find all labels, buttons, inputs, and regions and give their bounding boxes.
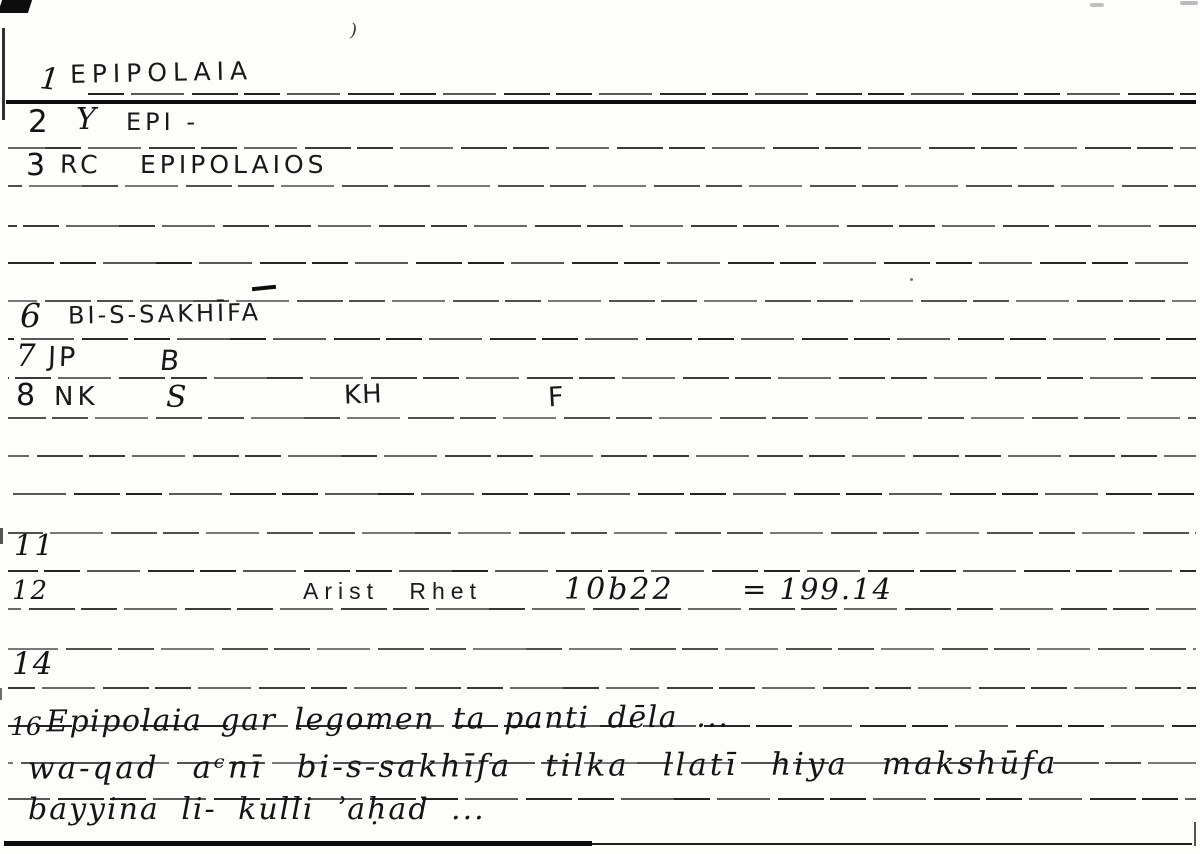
line-number-14: 14 [12, 646, 53, 682]
header-rule [6, 100, 1196, 104]
ruled-line [8, 338, 1196, 340]
row8-col-f: F [547, 382, 564, 414]
ruled-line [8, 185, 1196, 187]
prefix-text: EPI - [126, 108, 199, 136]
bottom-edge-thick [4, 841, 592, 846]
siglum-rc: RC [60, 150, 102, 180]
arabic-note-line-2: bayyina li- kulli ʾaḥad ... [28, 792, 486, 827]
line-number-12: 12 [12, 576, 49, 606]
ruled-line [88, 93, 1196, 95]
speck-1 [910, 278, 913, 281]
left-edge-line [2, 28, 5, 120]
root-symbol: Y [76, 102, 96, 137]
stray-mark: ) [350, 20, 357, 41]
siglum-jp: JP [47, 341, 78, 373]
line-number-3: 3 [26, 148, 45, 183]
variant-headword: EPIPOLAIOS [140, 150, 328, 179]
line-number-2: 2 [28, 104, 48, 140]
greek-quotation: Epipolaia gar legomen ta panti dēla ... [46, 700, 729, 740]
right-edge-tick [1194, 822, 1196, 846]
ruled-line [8, 687, 1196, 689]
line-number-16: 16 [10, 712, 42, 741]
line-number-1: 1 [38, 61, 61, 98]
ruled-line [8, 648, 1196, 650]
ruled-line [8, 262, 1196, 264]
arabic-note-line-1: wa-qad aᶜnī bi-s-sakhīfa tilka llatī hiy… [28, 745, 1058, 786]
citation-ref: = 199.14 [742, 572, 893, 606]
citation-locus: 10b22 [564, 572, 675, 607]
ruled-line [8, 147, 1196, 149]
index-card: ) 1 EPIPOLAIA 2 Y EPI - 3 RC EPIPOLAIOS … [0, 0, 1200, 854]
row8-col-s: S [166, 380, 187, 415]
line-number-7: 7 [16, 338, 36, 374]
ruled-line [8, 225, 1196, 227]
macron-mark [252, 285, 276, 291]
citation-work: Arist Rhet [303, 578, 482, 605]
ruled-line [8, 608, 1196, 610]
ruled-line [8, 417, 1196, 419]
speck-2 [1090, 3, 1104, 7]
headword: EPIPOLAIA [70, 56, 254, 89]
line-number-11: 11 [14, 528, 55, 562]
ruled-line [8, 455, 1196, 457]
ruled-line [8, 493, 1196, 495]
siglum-nk: NK [54, 382, 99, 412]
bottom-edge-thin [592, 843, 1192, 845]
row8-col-kh: KH [343, 379, 383, 410]
left-edge-tick-1 [0, 528, 3, 544]
arabic-equivalent: BI-S-SAKHĪFA [68, 298, 262, 329]
line-number-8: 8 [16, 378, 35, 413]
speck-3 [1180, 1, 1198, 5]
row7-col-b: B [158, 344, 181, 377]
left-edge-tick-2 [0, 688, 2, 700]
ruled-line [8, 377, 1196, 379]
corner-blotch [0, 0, 32, 13]
ruled-line [8, 532, 1196, 534]
line-number-6: 6 [20, 296, 41, 335]
